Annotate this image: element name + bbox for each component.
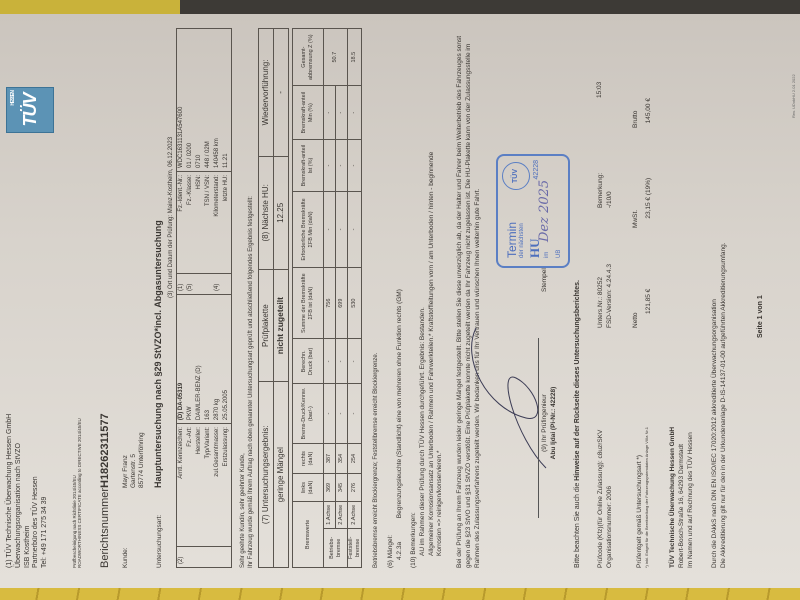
remark-code-value: -/10/0 — [605, 173, 614, 208]
inspection-type: Hauptuntersuchung nach §29 StVZO*incl. A… — [152, 220, 164, 488]
accreditation-line: Die Akkreditierung gilt nur für den in d… — [720, 242, 729, 568]
badge-header: Prüfplakette — [259, 269, 274, 382]
field-value: 2870 kg — [213, 294, 222, 423]
brake-cell-min_pct: - — [324, 86, 336, 140]
customer-city: 85774 Unterföhring — [138, 432, 146, 488]
remark-code-label: Bemerkung: — [596, 173, 605, 208]
field-number: (1) — [177, 273, 187, 294]
form-version: Rev. UDokHU 2.01 2022 — [791, 74, 796, 118]
customer-label: Kunde: — [122, 547, 131, 568]
field-value: (D) DA-05319 — [177, 294, 187, 423]
field-label: TSN / VSN: — [204, 171, 213, 273]
brake-cell-ist_pct: - — [348, 140, 362, 192]
remark-line: AU im Rahmen dieser Prüfung durch TÜV He… — [419, 28, 428, 568]
field-label: zul.Gesamtmasse: — [213, 424, 222, 547]
field-label: Typ/Variant: — [204, 424, 213, 547]
brake-cell-links: 369 — [324, 474, 336, 502]
field-value: 448 / 02M — [204, 29, 213, 172]
result-value: geringe Mängel — [274, 382, 289, 568]
stamp-im: im — [543, 252, 551, 258]
accreditation-block: Durch die DAkkS nach DIN EN ISO/IEC 1702… — [711, 242, 729, 568]
stamp-sub: der nächsten — [518, 223, 526, 258]
brake-cell-ber: - — [336, 339, 348, 384]
brake-cell-druck: - — [348, 384, 362, 444]
field-value: 01 / 0200 — [186, 29, 195, 172]
customer-street: Gartenstr. 5 — [130, 432, 138, 488]
field-number: (4) — [213, 273, 222, 294]
org-number: Organisationsnummer: 2006 — [605, 430, 614, 568]
fsd-version: FSD-Version: 4.24.4.3 — [605, 264, 614, 328]
inspection-number-block: Unters.Nr.: 80252 FSD-Version: 4.24.4.3 — [596, 264, 614, 328]
next-hu-stamp: Termin der nächsten HU im Dez 2025 UB TÜ… — [496, 154, 570, 268]
report-number: H18262311577 — [98, 413, 113, 488]
backside-notice: Bitte beachten Sie auch die Hinweise auf… — [573, 280, 582, 568]
fee-label: Prüfentgelt gemäß Untersuchungsart *) — [636, 427, 644, 568]
field-label: Fz.-Ident.-Nr.: — [177, 171, 187, 273]
intro-line: Ihr Fahrzeug wurde gemäß Ihrem Auftrag n… — [248, 28, 256, 568]
brake-cell-min: - — [348, 192, 362, 268]
tuv-seal-icon: TÜV — [502, 162, 530, 190]
net-label: Netto — [632, 228, 641, 328]
brake-cell-druck: - — [336, 384, 348, 444]
brake-header: Berechn. Druck (bar) — [293, 339, 324, 384]
brake-group: Feststell-bremse — [348, 528, 362, 567]
logo-text: TÜV — [18, 94, 42, 127]
defect-item: 4.2.3a Begrenzungsleuchte (Standlicht) e… — [395, 28, 404, 568]
brake-cell-ist_pct: - — [336, 140, 348, 192]
brake-cell-druck: - — [324, 384, 336, 444]
brake-header: Summe der Bremskräfte ΣFB ist (daN) — [293, 267, 324, 339]
brake-header-row: Bremswertelinks (daN)rechts (daN)Brems-D… — [293, 29, 324, 568]
field-label: Fz.-Art: — [186, 424, 195, 547]
issuer-line: Überwachungsorganisation nach StVZO — [15, 308, 24, 568]
inspection-number: Unters.Nr.: 80252 — [596, 264, 605, 328]
brake-cell-sum: 530 — [348, 267, 362, 339]
brake-cell-axle: 1.Achse — [324, 501, 336, 528]
brake-cell-sum: 699 — [336, 267, 348, 339]
company-note: Im Namen und auf Rechnung des TÜV Hessen — [687, 427, 696, 568]
field-number — [204, 547, 213, 568]
cert-line: ROADWORTHINESS CERTIFICATE according to … — [77, 418, 82, 568]
gross-label: Brutto — [632, 28, 641, 128]
issuer-line: Partnerbüro des TÜV Hessen — [32, 308, 41, 568]
field-value: 0710 — [195, 29, 204, 172]
field-value: 163 — [204, 294, 213, 423]
brake-cell-z: 18.5 — [348, 29, 362, 86]
inspector-name: Abu Ijdai (Pi-Nr.: 42228) — [550, 358, 559, 488]
gross-value: 145,00 € — [645, 28, 654, 123]
brake-row: 2.Achse345354--699--- — [336, 29, 348, 568]
defect-code: 4.2.3a — [395, 520, 404, 568]
company-address: Robert-Bosch-Straße 16, 64293 Darmstadt — [678, 427, 687, 568]
brake-cell-min_pct: - — [348, 86, 362, 140]
certificate-note: Prüfbescheinigung nach Richtlinie 2014/4… — [72, 418, 83, 568]
inspection-time: 15:03 — [596, 82, 605, 98]
page-number: Seite 1 von 1 — [756, 295, 765, 338]
remark-code-block: Bemerkung: -/10/0 — [596, 173, 614, 208]
brake-cell-ber: - — [324, 339, 336, 384]
seal-text: TÜV — [511, 169, 520, 183]
salutation: Sehr geehrte Kundin, sehr geehrter Kunde… — [240, 28, 248, 568]
field-label: Fz.-Klasse: — [186, 171, 195, 273]
brake-header: rechts (daN) — [293, 443, 324, 473]
vat-value: 23,15 € (19%) — [645, 123, 654, 218]
brake-header: Gesamt-abbremsung Z (%) — [293, 29, 324, 86]
field-number — [213, 547, 222, 568]
place-date-label: (3) Ort und Datum der Prüfung: — [168, 215, 174, 298]
brake-header: Brems-Druck/Kennw. (bar/-) — [293, 384, 324, 444]
defects-label: (6) Mängel: — [386, 28, 395, 568]
field-number — [222, 273, 232, 294]
vat-label: MwSt. — [632, 128, 641, 228]
remark-line: Allgemeiner Korrosionsansatz an Unterbod… — [428, 28, 437, 568]
brake-cell-rechts: 354 — [336, 443, 348, 473]
inspector-block: (9) Ihr Prüfingenieur Abu Ijdai (Pi-Nr.:… — [541, 358, 559, 488]
issuer-address: (1) TÜV Technische Überwachung Hessen Gm… — [6, 308, 50, 568]
brake-row: Feststell-bremse2.Achse276254--530---18.… — [348, 29, 362, 568]
field-value: 11.21 — [222, 29, 232, 172]
field-number — [222, 547, 232, 568]
closing-text: Bei der Prüfung an Ihrem Fahrzeug wurden… — [456, 28, 482, 568]
document-page-rotated: TÜV HESSEN (1) TÜV Technische Überwachun… — [0, 14, 800, 588]
brake-header: Erforderliche Bremskräfte ΣFB Min (daN) — [293, 192, 324, 268]
stamp-label: Stempel — [541, 268, 550, 292]
brake-header: Bremskraft-anteil Ist (%) — [293, 140, 324, 192]
re-presentation-value: - — [274, 29, 289, 157]
field-number — [186, 547, 195, 568]
result-header: (7) Untersuchungsergebnis: — [259, 382, 274, 568]
customer-address: Mayr Franz Gartenstr. 5 85774 Unterföhri… — [122, 432, 146, 488]
signature-line — [538, 338, 539, 518]
field-label: HSN: — [195, 171, 204, 273]
vehicle-row: Typ/Variant:163TSN / VSN:448 / 02M — [204, 29, 213, 568]
accreditation-line: Durch die DAkkS nach DIN EN ISO/IEC 1702… — [711, 242, 720, 568]
test-code: Prüfcode (Kfz)(für Online Zulassung): c8… — [596, 430, 605, 568]
brake-header: Bremswerte — [293, 501, 324, 567]
vehicle-table: (2)Amtl. Kennzeichen:(D) DA-05319(1)Fz.-… — [176, 28, 232, 568]
field-label: Kilometerstand: — [213, 171, 222, 273]
brake-group: Betriebs-bremse — [324, 528, 348, 567]
brake-cell-axle: 2.Achse — [336, 501, 348, 528]
field-label: letzte HU: — [222, 171, 232, 273]
codes-block: Prüfcode (Kfz)(für Online Zulassung): c8… — [596, 430, 614, 568]
remark-line: Korrosion => reinigen/konservieren.* — [436, 28, 445, 568]
vehicle-row: (2)Amtl. Kennzeichen:(D) DA-05319(1)Fz.-… — [177, 29, 187, 568]
result-table: (7) Untersuchungsergebnis: Prüfplakette … — [258, 28, 289, 568]
brake-cell-min: - — [324, 192, 336, 268]
vehicle-row: Fz.-Art:PKW(5)Fz.-Klasse:01 / 0200 — [186, 29, 195, 568]
remarks-label: (10) Bemerkungen: — [410, 28, 419, 568]
notice-bold: Hinweise auf der Rückseite dieses Unters… — [574, 280, 581, 481]
company-name: TÜV Technische Überwachung Hessen GmbH — [669, 427, 678, 568]
place-date-value: Mainz-Kostheim, 06.12.2023 — [168, 137, 174, 213]
field-number: (2) — [177, 547, 187, 568]
re-presentation-header: Wiedervorführung: — [259, 29, 274, 157]
vehicle-row: zul.Gesamtmasse:2870 kg(4)Kilometerstand… — [213, 29, 222, 568]
intro-text: Sehr geehrte Kundin, sehr geehrter Kunde… — [240, 28, 256, 568]
brake-cell-sum: 756 — [324, 267, 336, 339]
net-value: 121,85 € — [645, 219, 654, 314]
field-value: PKW — [186, 294, 195, 423]
field-value: 140458 km — [213, 29, 222, 172]
brake-cell-axle: 2.Achse — [348, 501, 362, 528]
brake-cell-min: - — [336, 192, 348, 268]
field-value: DAIMLER-BENZ (D) — [195, 294, 204, 423]
defect-text: Begrenzungsleuchte (Standlicht) eine von… — [396, 289, 403, 518]
issuer-line: (1) TÜV Technische Überwachung Hessen Gm… — [6, 308, 15, 568]
fee-table: Netto MwSt. Brutto 121,85 € 23,15 € (19%… — [632, 28, 654, 328]
brake-cell-rechts: 254 — [348, 443, 362, 473]
defects-section: (6) Mängel: 4.2.3a Begrenzungsleuchte (S… — [386, 28, 404, 568]
stamp-handwritten-date: Dez 2025 — [536, 180, 554, 242]
field-number — [195, 273, 204, 294]
brake-cell-links: 345 — [336, 474, 348, 502]
vehicle-row: Hersteller:DAIMLER-BENZ (D)HSN:0710 — [195, 29, 204, 568]
brake-cell-links: 276 — [348, 474, 362, 502]
tuv-hessen-logo: TÜV HESSEN — [6, 87, 54, 133]
brake-row: Betriebs-bremse1.Achse369387--756---50.7 — [324, 29, 336, 568]
vehicle-row: Erstzulassung:25.05.2005letzte HU:11.21 — [222, 29, 232, 568]
handwritten-signature — [456, 308, 551, 478]
brake-header: Bremskraft-anteil Min (%) — [293, 86, 324, 140]
place-date: (3) Ort und Datum der Prüfung: Mainz-Kos… — [167, 137, 175, 298]
brake-header: links (daN) — [293, 474, 324, 502]
inspector-caption: (9) Ihr Prüfingenieur — [541, 358, 550, 488]
field-value: 25.05.2005 — [222, 294, 232, 423]
company-block: TÜV Technische Überwachung Hessen GmbH R… — [669, 427, 695, 568]
issuer-line: ISB Kostheim — [24, 308, 33, 568]
inspection-report-page: TÜV HESSEN (1) TÜV Technische Überwachun… — [0, 14, 800, 588]
fee-label-block: Prüfentgelt gemäß Untersuchungsart *) *)… — [636, 427, 650, 568]
brake-cell-z: 50.7 — [324, 29, 348, 86]
issuer-phone: Tel: +49 171 275 34 39 — [41, 308, 50, 568]
field-label: Hersteller: — [195, 424, 204, 547]
field-number: (5) — [186, 273, 195, 294]
brake-cell-ist_pct: - — [324, 140, 336, 192]
next-hu-header: (8) Nächste HU: — [259, 156, 274, 269]
badge-value: nicht zugeteilt — [274, 269, 289, 382]
field-number — [195, 547, 204, 568]
field-number — [204, 273, 213, 294]
brake-note: Betriebsbremse erreicht Blockiergrenze; … — [372, 353, 380, 568]
fee-headers: Netto MwSt. Brutto — [632, 28, 641, 328]
field-label: Amtl. Kennzeichen: — [177, 424, 187, 547]
brake-values-table: Bremswertelinks (daN)rechts (daN)Brems-D… — [292, 28, 362, 568]
report-number-label: Berichtsnummer: — [98, 485, 113, 568]
logo-subtext: HESSEN — [10, 91, 17, 106]
customer-name: Mayr Franz — [122, 432, 130, 488]
next-hu-value: 12.25 — [274, 156, 289, 269]
remarks-section: (10) Bemerkungen: AU im Rahmen dieser Pr… — [410, 28, 445, 568]
fee-values: 121,85 € 23,15 € (19%) 145,00 € — [645, 28, 654, 328]
stamp-number: 42228 — [532, 160, 541, 179]
field-value: WDC1631131A547600 — [177, 29, 187, 172]
stamp-ub: UB — [555, 250, 563, 258]
brake-cell-min_pct: - — [336, 86, 348, 140]
brake-cell-rechts: 387 — [324, 443, 336, 473]
fee-footnote: *) inkl. Entgelt für die Bereitstellung … — [644, 427, 649, 568]
inspection-type-label: Untersuchungsart: — [156, 515, 165, 568]
brake-cell-ber: - — [348, 339, 362, 384]
notice-prefix: Bitte beachten Sie auch die — [574, 483, 581, 568]
field-label: Erstzulassung: — [222, 424, 232, 547]
